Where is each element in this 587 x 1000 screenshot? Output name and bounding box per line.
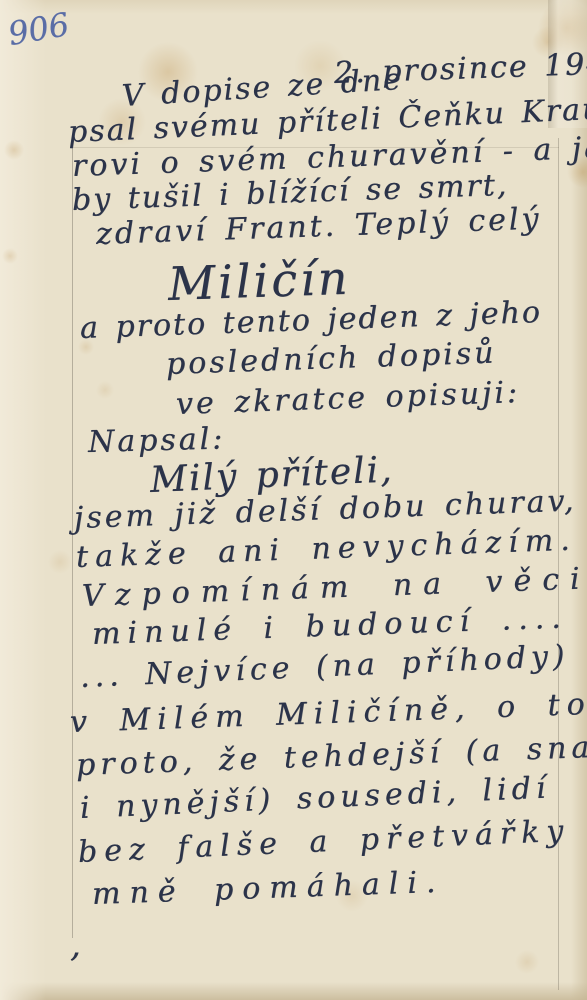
handwritten-line-napsal: Napsal:: [88, 422, 226, 460]
handwritten-line: posledních dopisů: [165, 336, 497, 382]
stray-ink-mark: ,: [70, 926, 81, 965]
handwritten-line: ve zkratce opisuji:: [175, 376, 520, 422]
handwritten-line: mně pomáhali.: [91, 866, 445, 913]
pencil-rule-left: [72, 148, 73, 938]
manuscript-page: 906 V dopise ze dne 2. prosince 1943 psa…: [0, 0, 587, 1000]
page-number: 906: [5, 5, 72, 53]
